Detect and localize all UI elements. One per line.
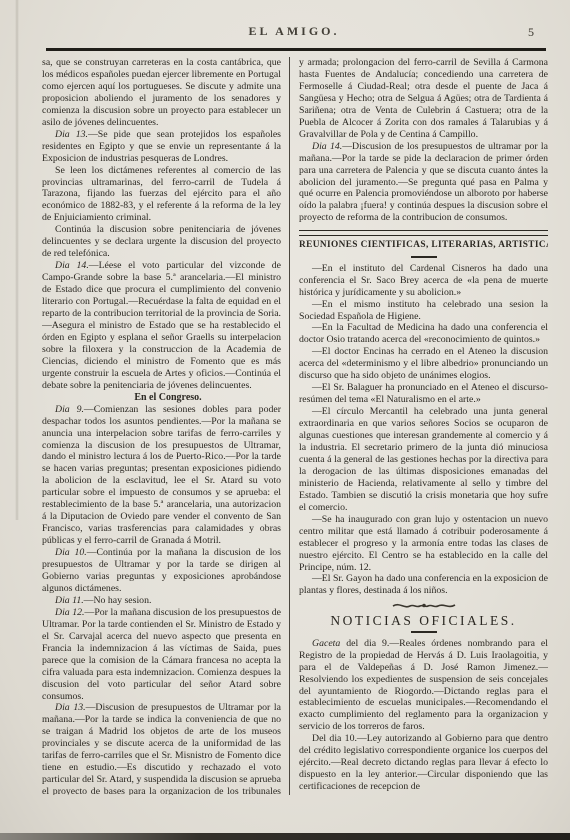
scan-bottom-edge <box>0 833 570 840</box>
paragraph: Dia 14.—Discusion de los presupuestos de… <box>299 141 548 225</box>
noticias-section-heading: NOTICIAS OFICIALES. <box>299 615 548 627</box>
day-label: Dia 13. <box>55 702 86 713</box>
paragraph: Dia 9.—Comienzan las sesiones dobles par… <box>42 404 281 547</box>
paragraph: —El Sr. Balaguer ha pronunciado en el At… <box>299 382 548 406</box>
paragraph: y armada; prolongacion del ferro-carril … <box>299 57 548 141</box>
paragraph: Dia 12.—Por la mañana discusion de los p… <box>42 607 281 703</box>
flourish-icon <box>392 601 456 610</box>
masthead: EL AMIGO. 5 <box>42 24 546 46</box>
paragraph: Continúa la discusion sobre penitenciari… <box>42 224 281 260</box>
paragraph: sa, que se construyan carreteras en la c… <box>42 57 281 129</box>
day-label: Dia 13. <box>55 129 88 140</box>
ornament-divider <box>299 601 548 613</box>
paragraph: —En el mismo instituto ha celebrado una … <box>299 299 548 323</box>
day-label: Dia 14. <box>55 260 89 271</box>
paragraph: —En el instituto del Cardenal Cisneros h… <box>299 263 548 299</box>
text-columns: sa, que se construyan carreteras en la c… <box>42 57 548 795</box>
paragraph: —El Sr. Gayon ha dado una conferencia en… <box>299 573 548 597</box>
congress-section-heading: En el Congreso. <box>42 392 281 404</box>
page-title: EL AMIGO. <box>42 24 546 39</box>
gaceta-label: Gaceta <box>312 638 340 649</box>
paragraph: Se leen los dictámenes referentes al com… <box>42 165 281 225</box>
paragraph: Dia 11.—No hay sesion. <box>42 595 281 607</box>
day-label: Dia 9. <box>55 404 84 415</box>
paragraph: Del dia 10.—Ley autorizando al Gobierno … <box>299 733 548 793</box>
paper-fold-line <box>15 0 19 520</box>
short-rule <box>411 256 437 257</box>
day-label: Dia 11. <box>55 595 84 606</box>
newspaper-page: EL AMIGO. 5 sa, que se construyan carret… <box>0 0 570 840</box>
paragraph: Dia 13.—Discusion de presupuestos de Ult… <box>42 702 281 795</box>
paragraph: —El círculo Mercantil ha celebrado una j… <box>299 406 548 514</box>
day-label: Dia 14. <box>312 141 342 152</box>
left-column: sa, que se construyan carreteras en la c… <box>42 57 289 795</box>
paragraph: —Se ha inaugurado con gran lujo y ostent… <box>299 514 548 574</box>
page-number: 5 <box>528 25 534 40</box>
paragraph: Dia 14.—Léese el voto particular del viz… <box>42 260 281 391</box>
header-rule <box>46 48 546 51</box>
double-rule <box>299 230 548 236</box>
day-label: Dia 12. <box>55 607 85 618</box>
paragraph: Dia 10.—Continúa por la mañana la discus… <box>42 547 281 595</box>
paragraph: Gaceta del dia 9.—Reales órdenes nombran… <box>299 638 548 734</box>
day-label: Dia 10. <box>55 547 87 558</box>
reuniones-section-heading: REUNIONES CIENTÍFICAS, LITERARIAS, ARTÍS… <box>299 240 548 252</box>
paragraph: —En la Facultad de Medicina ha dado una … <box>299 322 548 346</box>
paragraph: —El doctor Encinas ha cerrado en el Aten… <box>299 346 548 382</box>
short-rule <box>411 631 437 632</box>
right-column: y armada; prolongacion del ferro-carril … <box>289 57 548 795</box>
paragraph: Dia 13.—Se pide que sean protejidos los … <box>42 129 281 165</box>
